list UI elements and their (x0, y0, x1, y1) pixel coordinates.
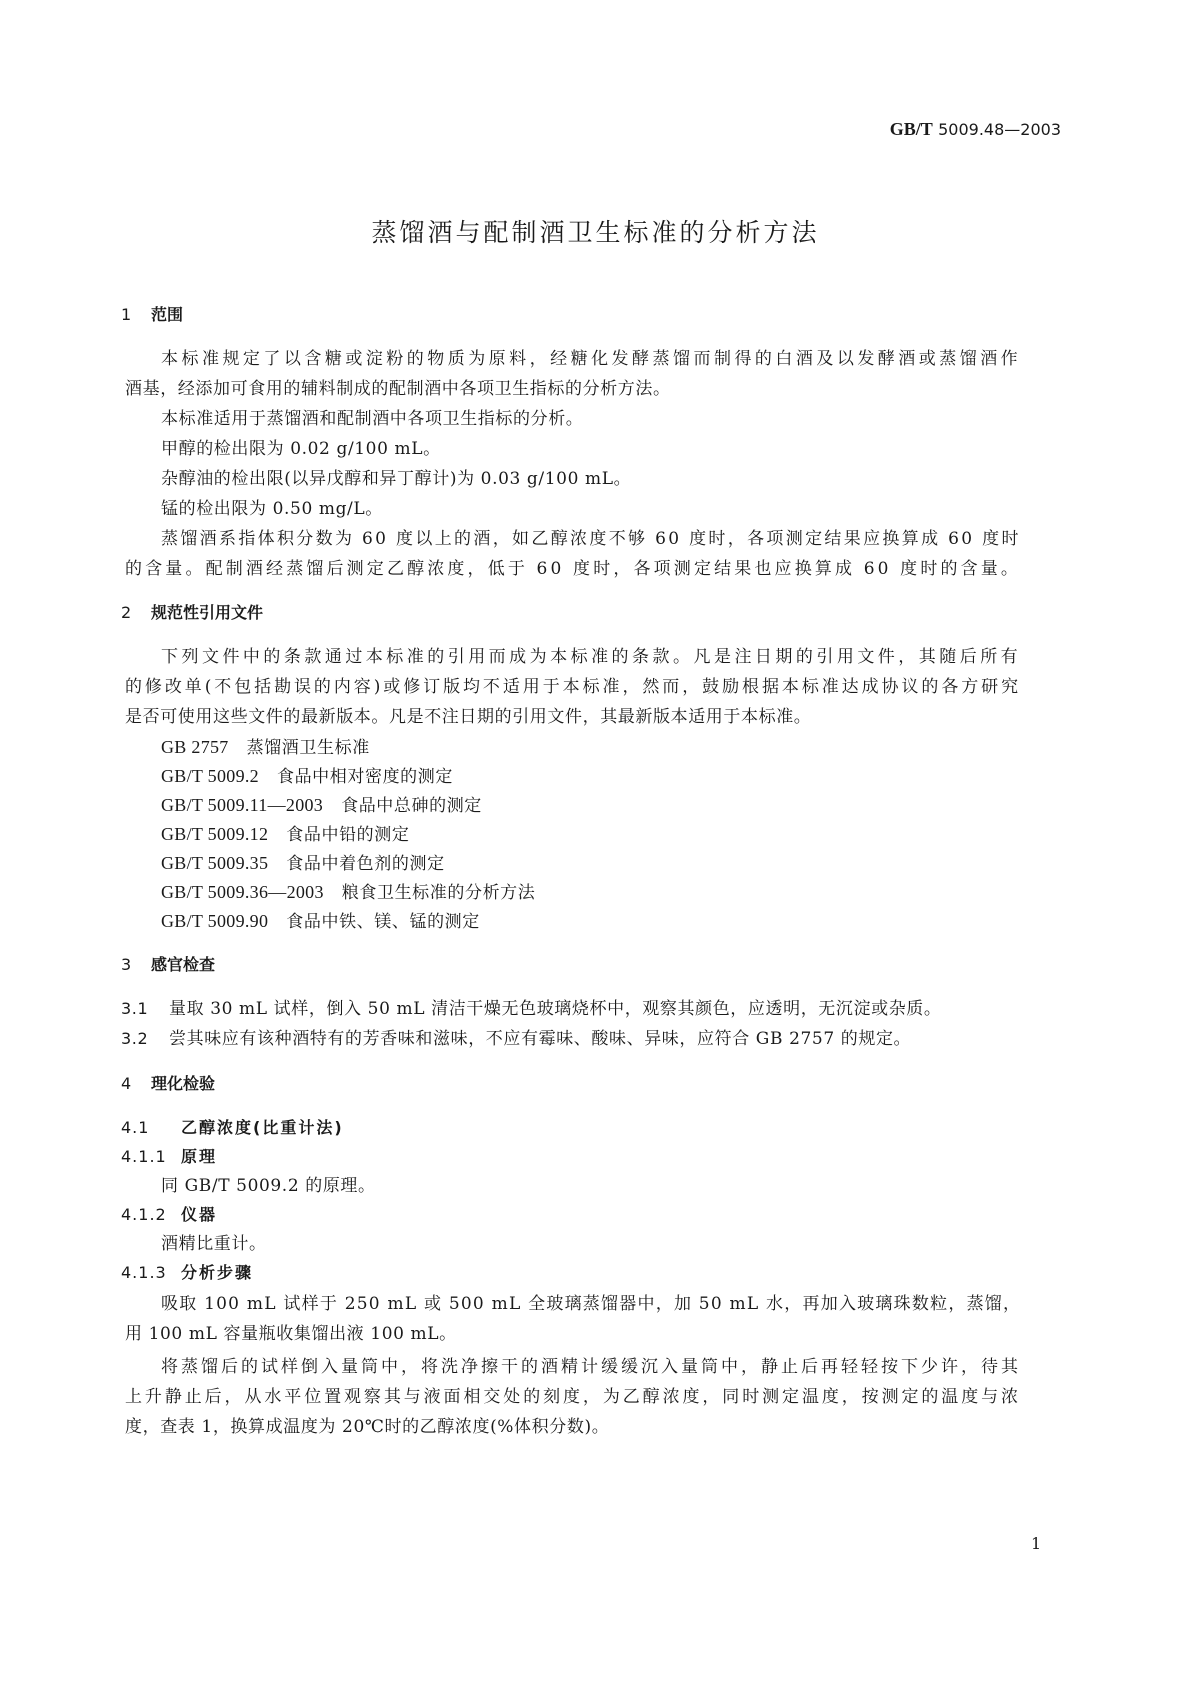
reference-title: 蒸馏酒卫生标准 (247, 738, 370, 758)
clause-3-1: 3.1量取 30 mL 试样，倒入 50 mL 清洁干燥无色玻璃烧杯中，观察其颜… (121, 998, 942, 1020)
document-page: GB/T 5009.48—2003 蒸馏酒与配制酒卫生标准的分析方法 1范围 本… (0, 0, 1191, 1684)
item-number: 4.1.2 (121, 1204, 181, 1226)
section-title: 规范性引用文件 (151, 603, 263, 622)
section-4-heading: 4理化检验 (121, 1073, 215, 1095)
paragraph-line: 用 100 mL 容量瓶收集馏出液 100 mL。 (125, 1323, 457, 1345)
document-title: 蒸馏酒与配制酒卫生标准的分析方法 (0, 217, 1191, 249)
section-number: 1 (121, 304, 151, 326)
reference-code: GB/T 5009.12 (161, 823, 268, 845)
item-number: 4.1.1 (121, 1146, 181, 1168)
paragraph-line: 本标准适用于蒸馏酒和配制酒中各项卫生指标的分析。 (161, 408, 583, 430)
reference-title: 食品中相对密度的测定 (277, 767, 453, 787)
subsection-title: 乙醇浓度(比重计法) (181, 1118, 344, 1137)
reference-title: 食品中总砷的测定 (341, 796, 482, 816)
section-3-heading: 3感官检查 (121, 954, 215, 976)
item-4-1-1-heading: 4.1.1原理 (121, 1146, 217, 1168)
paragraph-line: 酒精比重计。 (161, 1233, 267, 1255)
paragraph-line: 度，查表 1，换算成温度为 20℃时的乙醇浓度(%体积分数)。 (125, 1416, 609, 1438)
paragraph-line: 同 GB/T 5009.2 的原理。 (161, 1175, 376, 1197)
page-number: 1 (1031, 1533, 1041, 1555)
paragraph-line: 杂醇油的检出限(以异戊醇和异丁醇计)为 0.03 g/100 mL。 (161, 468, 631, 490)
paragraph-line: 甲醇的检出限为 0.02 g/100 mL。 (161, 438, 441, 460)
reference-code: GB/T 5009.35 (161, 852, 268, 874)
section-number: 3 (121, 954, 151, 976)
paragraph-line: 的修改单(不包括勘误的内容)或修订版均不适用于本标准，然而，鼓励根据本标准达成协… (125, 676, 1021, 698)
section-title: 感官检查 (151, 955, 215, 974)
reference-code: GB/T 5009.11—2003 (161, 794, 323, 816)
paragraph-line: 蒸馏酒系指体积分数为 60 度以上的酒，如乙醇浓度不够 60 度时，各项测定结果… (161, 528, 1021, 550)
item-number: 4.1.3 (121, 1262, 181, 1284)
reference-code: GB 2757 (161, 736, 229, 758)
item-title: 分析步骤 (181, 1263, 253, 1282)
standard-code: GB/T 5009.48—2003 (890, 118, 1061, 141)
section-title: 理化检验 (151, 1074, 215, 1093)
reference-item: GB/T 5009.2食品中相对密度的测定 (161, 765, 453, 788)
clause-3-2: 3.2尝其味应有该种酒特有的芳香味和滋味，不应有霉味、酸味、异味，应符合 GB … (121, 1028, 911, 1050)
reference-code: GB/T 5009.36—2003 (161, 881, 324, 903)
reference-item: GB/T 5009.90食品中铁、镁、锰的测定 (161, 910, 480, 933)
clause-number: 3.2 (121, 1028, 169, 1050)
paragraph-line: 是否可使用这些文件的最新版本。凡是不注日期的引用文件，其最新版本适用于本标准。 (125, 706, 811, 728)
paragraph-line: 本标准规定了以含糖或淀粉的物质为原料，经糖化发酵蒸馏而制得的白酒及以发酵酒或蒸馏… (161, 348, 1021, 370)
reference-item: GB 2757蒸馏酒卫生标准 (161, 736, 370, 759)
reference-item: GB/T 5009.12食品中铅的测定 (161, 823, 409, 846)
paragraph-line: 的含量。配制酒经蒸馏后测定乙醇浓度，低于 60 度时，各项测定结果也应换算成 6… (125, 558, 1021, 580)
section-title: 范围 (151, 305, 183, 324)
reference-title: 食品中铁、镁、锰的测定 (286, 912, 480, 932)
item-title: 仪器 (181, 1205, 217, 1224)
reference-title: 粮食卫生标准的分析方法 (342, 883, 536, 903)
section-number: 2 (121, 602, 151, 624)
reference-item: GB/T 5009.35食品中着色剂的测定 (161, 852, 445, 875)
item-4-1-2-heading: 4.1.2仪器 (121, 1204, 217, 1226)
subsection-4-1-heading: 4.1乙醇浓度(比重计法) (121, 1117, 344, 1139)
subsection-number: 4.1 (121, 1117, 181, 1139)
paragraph-line: 上升静止后，从水平位置观察其与液面相交处的刻度，为乙醇浓度，同时测定温度，按测定… (125, 1386, 1021, 1408)
clause-text: 尝其味应有该种酒特有的芳香味和滋味，不应有霉味、酸味、异味，应符合 GB 275… (169, 1029, 911, 1049)
paragraph-line: 吸取 100 mL 试样于 250 mL 或 500 mL 全玻璃蒸馏器中，加 … (161, 1293, 1021, 1315)
clause-text: 量取 30 mL 试样，倒入 50 mL 清洁干燥无色玻璃烧杯中，观察其颜色，应… (169, 999, 942, 1019)
standard-number: 5009.48—2003 (938, 120, 1061, 139)
reference-title: 食品中铅的测定 (286, 825, 409, 845)
standard-prefix: GB/T (890, 119, 933, 139)
section-2-heading: 2规范性引用文件 (121, 602, 263, 624)
clause-number: 3.1 (121, 998, 169, 1020)
reference-code: GB/T 5009.2 (161, 765, 259, 787)
paragraph-line: 将蒸馏后的试样倒入量筒中，将洗净擦干的酒精计缓缓沉入量筒中，静止后再轻轻按下少许… (161, 1356, 1021, 1378)
paragraph-line: 下列文件中的条款通过本标准的引用而成为本标准的条款。凡是注日期的引用文件，其随后… (161, 646, 1021, 668)
section-number: 4 (121, 1073, 151, 1095)
paragraph-line: 酒基，经添加可食用的辅料制成的配制酒中各项卫生指标的分析方法。 (125, 378, 671, 400)
reference-code: GB/T 5009.90 (161, 910, 268, 932)
item-4-1-3-heading: 4.1.3分析步骤 (121, 1262, 253, 1284)
paragraph-line: 锰的检出限为 0.50 mg/L。 (161, 498, 383, 520)
reference-title: 食品中着色剂的测定 (286, 854, 444, 874)
item-title: 原理 (181, 1147, 217, 1166)
section-1-heading: 1范围 (121, 304, 183, 326)
reference-item: GB/T 5009.11—2003食品中总砷的测定 (161, 794, 482, 817)
reference-item: GB/T 5009.36—2003粮食卫生标准的分析方法 (161, 881, 535, 904)
